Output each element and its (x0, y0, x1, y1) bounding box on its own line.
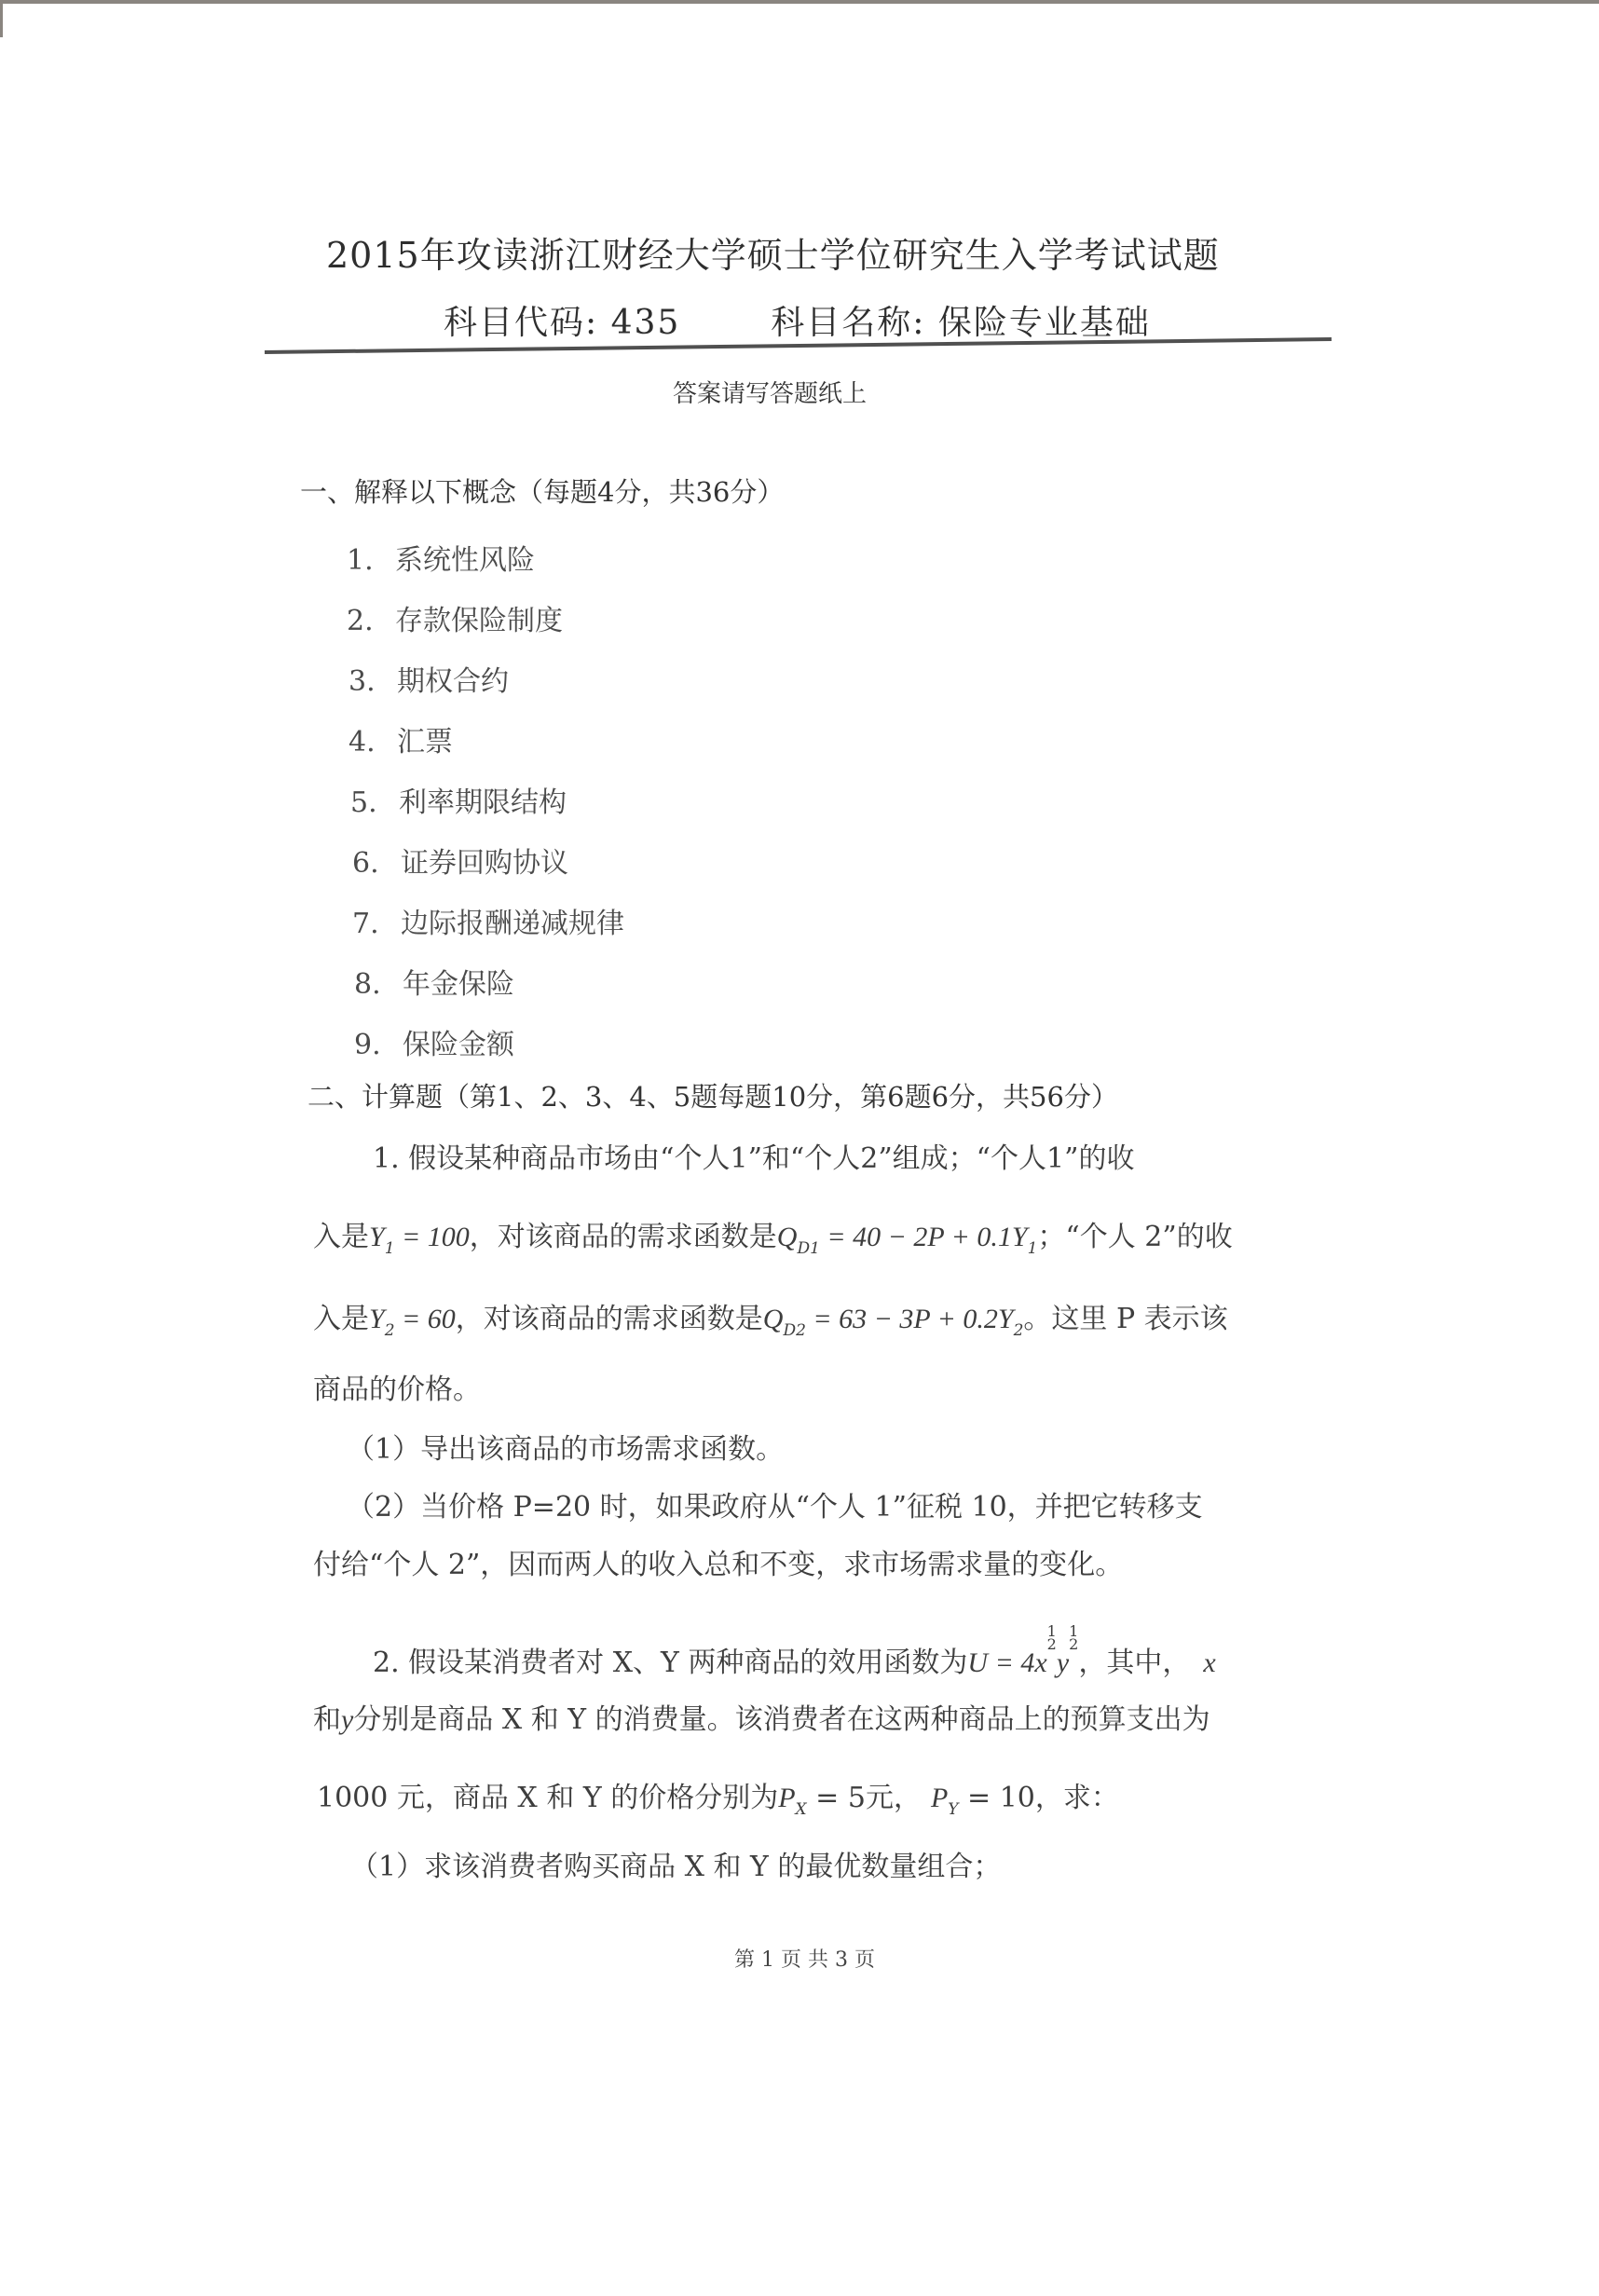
answer-instruction: 答案请写答题纸上 (673, 375, 867, 409)
q1-line4: 商品的价格。 (313, 1366, 481, 1407)
concept-item: 6.证券回购协议 (352, 840, 568, 881)
q1-line2: 入是Y1 = 100，对该商品的需求函数是QD1 = 40 − 2P + 0.1… (313, 1213, 1233, 1258)
fraction-one-half: 12 (1047, 1625, 1057, 1651)
section1-heading: 一、解释以下概念（每题4分，共36分） (300, 471, 784, 510)
q1-sub1: （1）导出该商品的市场需求函数。 (347, 1426, 784, 1467)
q2-line3: 1000 元，商品 X 和 Y 的价格分别为PX = 5元，PY = 10，求： (317, 1774, 1119, 1819)
concept-item: 5.利率期限结构 (350, 779, 567, 820)
concept-item: 8.年金保险 (354, 961, 514, 1002)
concept-item: 9.保险金额 (354, 1021, 514, 1062)
subject-code: 435 (611, 304, 681, 342)
q2-line1: 2. 假设某消费者对 X、Y 两种商品的效用函数为U = 4x12y12，其中，… (373, 1625, 1216, 1680)
concept-item: 1.系统性风险 (347, 537, 535, 578)
exam-title: 2015年攻读浙江财经大学硕士学位研究生入学考试试题 (326, 226, 1220, 278)
concept-item: 7.边际报酬递减规律 (352, 900, 624, 941)
fraction-one-half: 12 (1069, 1625, 1078, 1651)
concept-item: 3.期权合约 (348, 658, 509, 699)
page-number: 第 1 页 共 3 页 (734, 1944, 875, 1973)
q2-sub1: （1）求该消费者购买商品 X 和 Y 的最优数量组合； (350, 1843, 1001, 1884)
scan-edge-top (0, 0, 1599, 4)
subject-code-label: 科目代码: (444, 304, 598, 342)
q1-line1: 1. 假设某种商品市场由“个人1”和“个人2”组成；“个人1”的收 (373, 1135, 1134, 1176)
concept-item: 2.存款保险制度 (347, 597, 563, 638)
subject-name: 保险专业基础 (938, 304, 1151, 342)
q1-sub2-line2: 付给“个人 2”，因而两人的收入总和不变，求市场需求量的变化。 (313, 1541, 1123, 1582)
q1-line3: 入是Y2 = 60，对该商品的需求函数是QD2 = 63 − 3P + 0.2Y… (313, 1295, 1228, 1340)
subject-line: 科目代码: 435 科目名称: 保险专业基础 (444, 296, 1151, 344)
concept-item: 4.汇票 (348, 718, 453, 759)
q1-sub2-line1: （2）当价格 P=20 时，如果政府从“个人 1”征税 10，并把它转移支 (347, 1483, 1203, 1524)
section2-heading: 二、计算题（第1、2、3、4、5题每题10分，第6题6分，共56分） (307, 1076, 1118, 1114)
subject-name-label: 科目名称: (771, 304, 925, 342)
scan-edge-left (0, 0, 3, 37)
q2-line2: 和y分别是商品 X 和 Y 的消费量。该消费者在这两种商品上的预算支出为 (313, 1696, 1210, 1737)
